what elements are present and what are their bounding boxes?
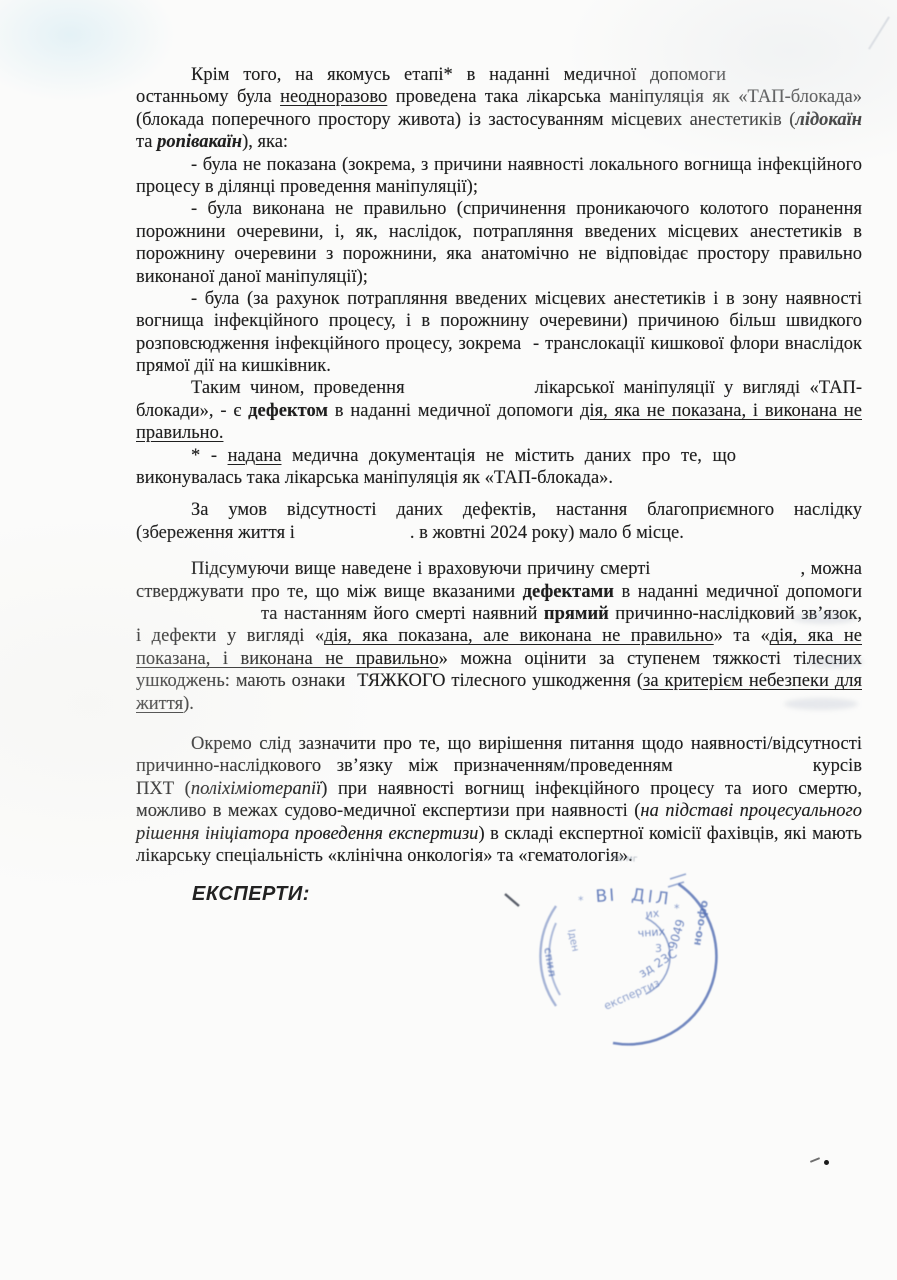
text-segment: лідокаїн <box>795 110 862 130</box>
text-segment: ушкоджень: мають ознаки ТЯЖКОГО тілесног… <box>136 671 643 691</box>
ink-dot <box>824 1160 829 1165</box>
text-segment: » можна оцінити за ступенем тяжкості тіл… <box>439 649 862 669</box>
text-segment: процесу в ділянці проведення маніпуляції… <box>136 177 478 197</box>
text-line: можливо в межах судово-медичної експерти… <box>136 800 862 822</box>
text-segment: . в жовтні 2024 року) мало б місце. <box>410 523 684 543</box>
ink-stroke <box>810 1157 820 1163</box>
stamp-mark <box>668 874 686 887</box>
text-line: Таким чином, проведеннялікарської маніпу… <box>136 377 862 399</box>
text-line: Окремо слід зазначити про те, що вирішен… <box>136 733 862 755</box>
document-body: Крім того, на якомусь етапі* в наданні м… <box>136 64 862 867</box>
text-segment: розповсюдження інфекційного процесу, зок… <box>136 334 862 354</box>
stamp-fragment: ке мг <box>612 853 638 865</box>
text-line: і дефекти у вигляді «дія, яка показана, … <box>136 625 862 647</box>
text-line: (збереження життя і. в жовтні 2024 року)… <box>136 522 862 544</box>
text-line: виконувалась така лікарська маніпуляція … <box>136 467 862 489</box>
text-line: останньому була неодноразово проведена т… <box>136 86 862 108</box>
text-segment: та <box>136 132 157 152</box>
text-segment: правильно. <box>136 423 223 443</box>
text-segment: ПХТ ( <box>136 779 191 799</box>
text-segment: медична документація не містить даних пр… <box>281 446 736 466</box>
text-segment: , можна <box>800 559 862 579</box>
text-segment: дефектами <box>523 582 614 602</box>
text-segment: життя <box>136 694 183 714</box>
text-segment: та настанням його смерті наявний <box>261 604 544 624</box>
text-segment: * - <box>191 446 228 466</box>
text-segment: За умов відсутності даних дефектів, наст… <box>191 500 862 520</box>
text-segment: курсів <box>813 756 862 776</box>
experts-heading: ЕКСПЕРТИ: <box>192 883 310 906</box>
text-segment: Таким чином, проведення <box>191 378 405 398</box>
text-segment: - була виконана не правильно (спричиненн… <box>191 199 862 219</box>
text-segment: лікарської маніпуляції у вигляді «ТАП- <box>535 378 862 398</box>
text-segment: дія, яка не показана, і виконана не <box>580 401 862 421</box>
paragraph-defect-performed-incorrectly: - була виконана не правильно (спричиненн… <box>136 198 862 288</box>
stamp-fragment: * <box>674 902 680 915</box>
text-segment: причинно-наслідкового зв’язку між призна… <box>136 756 673 776</box>
text-segment: за критерієм небезпеки для <box>643 671 862 691</box>
text-segment: Окремо слід зазначити про те, що вирішен… <box>191 734 862 754</box>
text-segment: ) в складі експертної комісії фахівців, … <box>478 824 862 844</box>
text-segment: на підставі процесуального <box>640 801 862 821</box>
text-segment: - була (за рахунок потрапляння введених … <box>191 289 862 309</box>
text-line: розповсюдження інфекційного процесу, зок… <box>136 333 862 355</box>
paragraph-summary-causal-link: Підсумуючи вище наведене і враховуючи пр… <box>136 558 862 715</box>
scan-smudge <box>792 612 858 624</box>
text-segment: - була не показана (зокрема, з причини н… <box>191 155 862 175</box>
text-segment: стверджувати про те, що між вище вказани… <box>136 582 523 602</box>
stamp-fragment: спил <box>541 946 559 978</box>
text-segment: (блокада поперечного простору живота) із… <box>136 110 795 130</box>
text-segment: Крім того, на якомусь етапі* в наданні м… <box>191 65 726 85</box>
text-line: причинно-наслідкового зв’язку між призна… <box>136 755 862 777</box>
text-segment: виконувалась така лікарська маніпуляція … <box>136 468 613 488</box>
text-segment: в наданні медичної допомоги <box>328 401 580 421</box>
text-line: * - надана медична документація не місти… <box>136 445 736 467</box>
text-segment: виконаної даної маніпуляції); <box>136 267 368 287</box>
text-line: вогнища інфекційного процесу, і в порожн… <box>136 310 862 332</box>
text-segment: неодноразово <box>280 87 387 107</box>
text-segment: порожнину очеревини з порожнини, яка ана… <box>136 244 862 264</box>
text-line: порожнини очеревини, і, як, наслідок, по… <box>136 221 862 243</box>
text-segment: дія, яка не <box>770 626 862 646</box>
text-line: та ропівакаїн), яка: <box>136 131 862 153</box>
redaction-gap <box>673 769 813 771</box>
scan-edge-line <box>868 16 890 49</box>
text-segment: Підсумуючи вище наведене і враховуючи пр… <box>191 559 650 579</box>
text-line: показана, і виконана не правильно» можна… <box>136 648 862 670</box>
text-line: (блокада поперечного простору живота) із… <box>136 109 862 131</box>
text-line: рішення ініціатора проведення експертизи… <box>136 823 862 845</box>
stamp-fragment: експертиз <box>602 976 662 1012</box>
text-segment: (збереження життя і <box>136 523 295 543</box>
text-line: блокади», - є дефектом в наданні медично… <box>136 400 862 422</box>
text-line: ПХТ (поліхіміотерапії) при наявності вог… <box>136 778 862 800</box>
text-line: За умов відсутності даних дефектів, наст… <box>136 499 862 521</box>
scan-smudge <box>784 698 858 710</box>
round-stamp: ке мг ВІ ДІЛ * * их чних 3 9049 но-офо з… <box>500 846 756 1070</box>
paragraph-favorable-outcome: За умов відсутності даних дефектів, наст… <box>136 499 862 544</box>
text-segment: проведена така лікарська маніпуляція як … <box>387 87 862 107</box>
text-segment: показана, і виконана не правильно <box>136 649 439 669</box>
text-line: ушкоджень: мають ознаки ТЯЖКОГО тілесног… <box>136 670 862 692</box>
scan-smudge <box>806 656 864 668</box>
pen-tick <box>505 894 519 906</box>
text-segment: рішення ініціатора проведення експертизи <box>136 824 478 844</box>
text-segment: надана <box>228 446 282 466</box>
paragraph-defect-not-indicated: - була не показана (зокрема, з причини н… <box>136 154 862 199</box>
text-segment: можливо в межах судово-медичної експерти… <box>136 801 640 821</box>
text-line: порожнину очеревини з порожнини, яка ана… <box>136 243 862 265</box>
paragraph-conclusion-defect: Таким чином, проведеннялікарської маніпу… <box>136 377 862 444</box>
text-segment: блокади», - є <box>136 401 248 421</box>
text-line: - була не показана (зокрема, з причини н… <box>136 154 862 176</box>
text-segment: порожнини очеревини, і, як, наслідок, по… <box>136 222 862 242</box>
text-segment: ), яка: <box>242 132 288 152</box>
stamp-fragment: чних <box>637 925 666 940</box>
text-segment: поліхіміотерапії <box>191 779 321 799</box>
text-line: прямої дії на кишківник. <box>136 355 862 377</box>
text-segment: ). <box>183 694 194 714</box>
text-line: стверджувати про те, що між вище вказани… <box>136 581 862 603</box>
text-line: правильно. <box>136 422 862 444</box>
text-line: - була виконана не правильно (спричиненн… <box>136 198 862 220</box>
text-segment: дефектом <box>248 401 328 421</box>
stamp-fragment: * <box>578 894 584 907</box>
paragraph-tap-blockade-intro: Крім того, на якомусь етапі* в наданні м… <box>136 64 862 154</box>
redaction-gap <box>295 536 410 538</box>
text-line: процесу в ділянці проведення маніпуляції… <box>136 176 862 198</box>
text-segment: останньому була <box>136 87 280 107</box>
text-line: життя). <box>136 693 862 715</box>
stamp-fragment: Іден <box>565 928 580 952</box>
text-segment: » та « <box>714 626 770 646</box>
text-line: виконаної даної маніпуляції); <box>136 266 862 288</box>
text-line: - була (за рахунок потрапляння введених … <box>136 288 862 310</box>
stamp-fragment: их <box>645 907 660 921</box>
text-segment: і дефекти у вигляді « <box>136 626 324 646</box>
redaction-gap <box>136 617 261 619</box>
text-segment: дія, яка показана, але виконана не прави… <box>324 626 714 646</box>
text-segment: вогнища інфекційного процесу, і в порожн… <box>136 311 862 331</box>
stamp-fragment: но-офо <box>690 899 711 947</box>
text-line: та настанням його смерті наявний прямий … <box>136 603 862 625</box>
text-line: Підсумуючи вище наведене і враховуючи пр… <box>136 558 862 580</box>
paragraph-footnote: * - надана медична документація не місти… <box>136 445 862 490</box>
redaction-gap <box>650 572 800 574</box>
paragraph-defect-spread-cause: - була (за рахунок потрапляння введених … <box>136 288 862 378</box>
text-segment: прямий <box>544 604 609 624</box>
text-segment: ) при наявності вогнищ інфекційного проц… <box>321 779 862 799</box>
text-segment: прямої дії на кишківник. <box>136 356 331 376</box>
redaction-gap <box>405 391 535 393</box>
text-segment: ропівакаїн <box>157 132 242 152</box>
text-segment: в наданні медичної допомоги <box>614 582 862 602</box>
text-line: Крім того, на якомусь етапі* в наданні м… <box>136 64 726 86</box>
stamp-fragment: ВІ <box>595 886 617 907</box>
stamp-fragment: ДІЛ <box>630 885 672 910</box>
stamp-fragment: 9049 <box>665 918 687 951</box>
